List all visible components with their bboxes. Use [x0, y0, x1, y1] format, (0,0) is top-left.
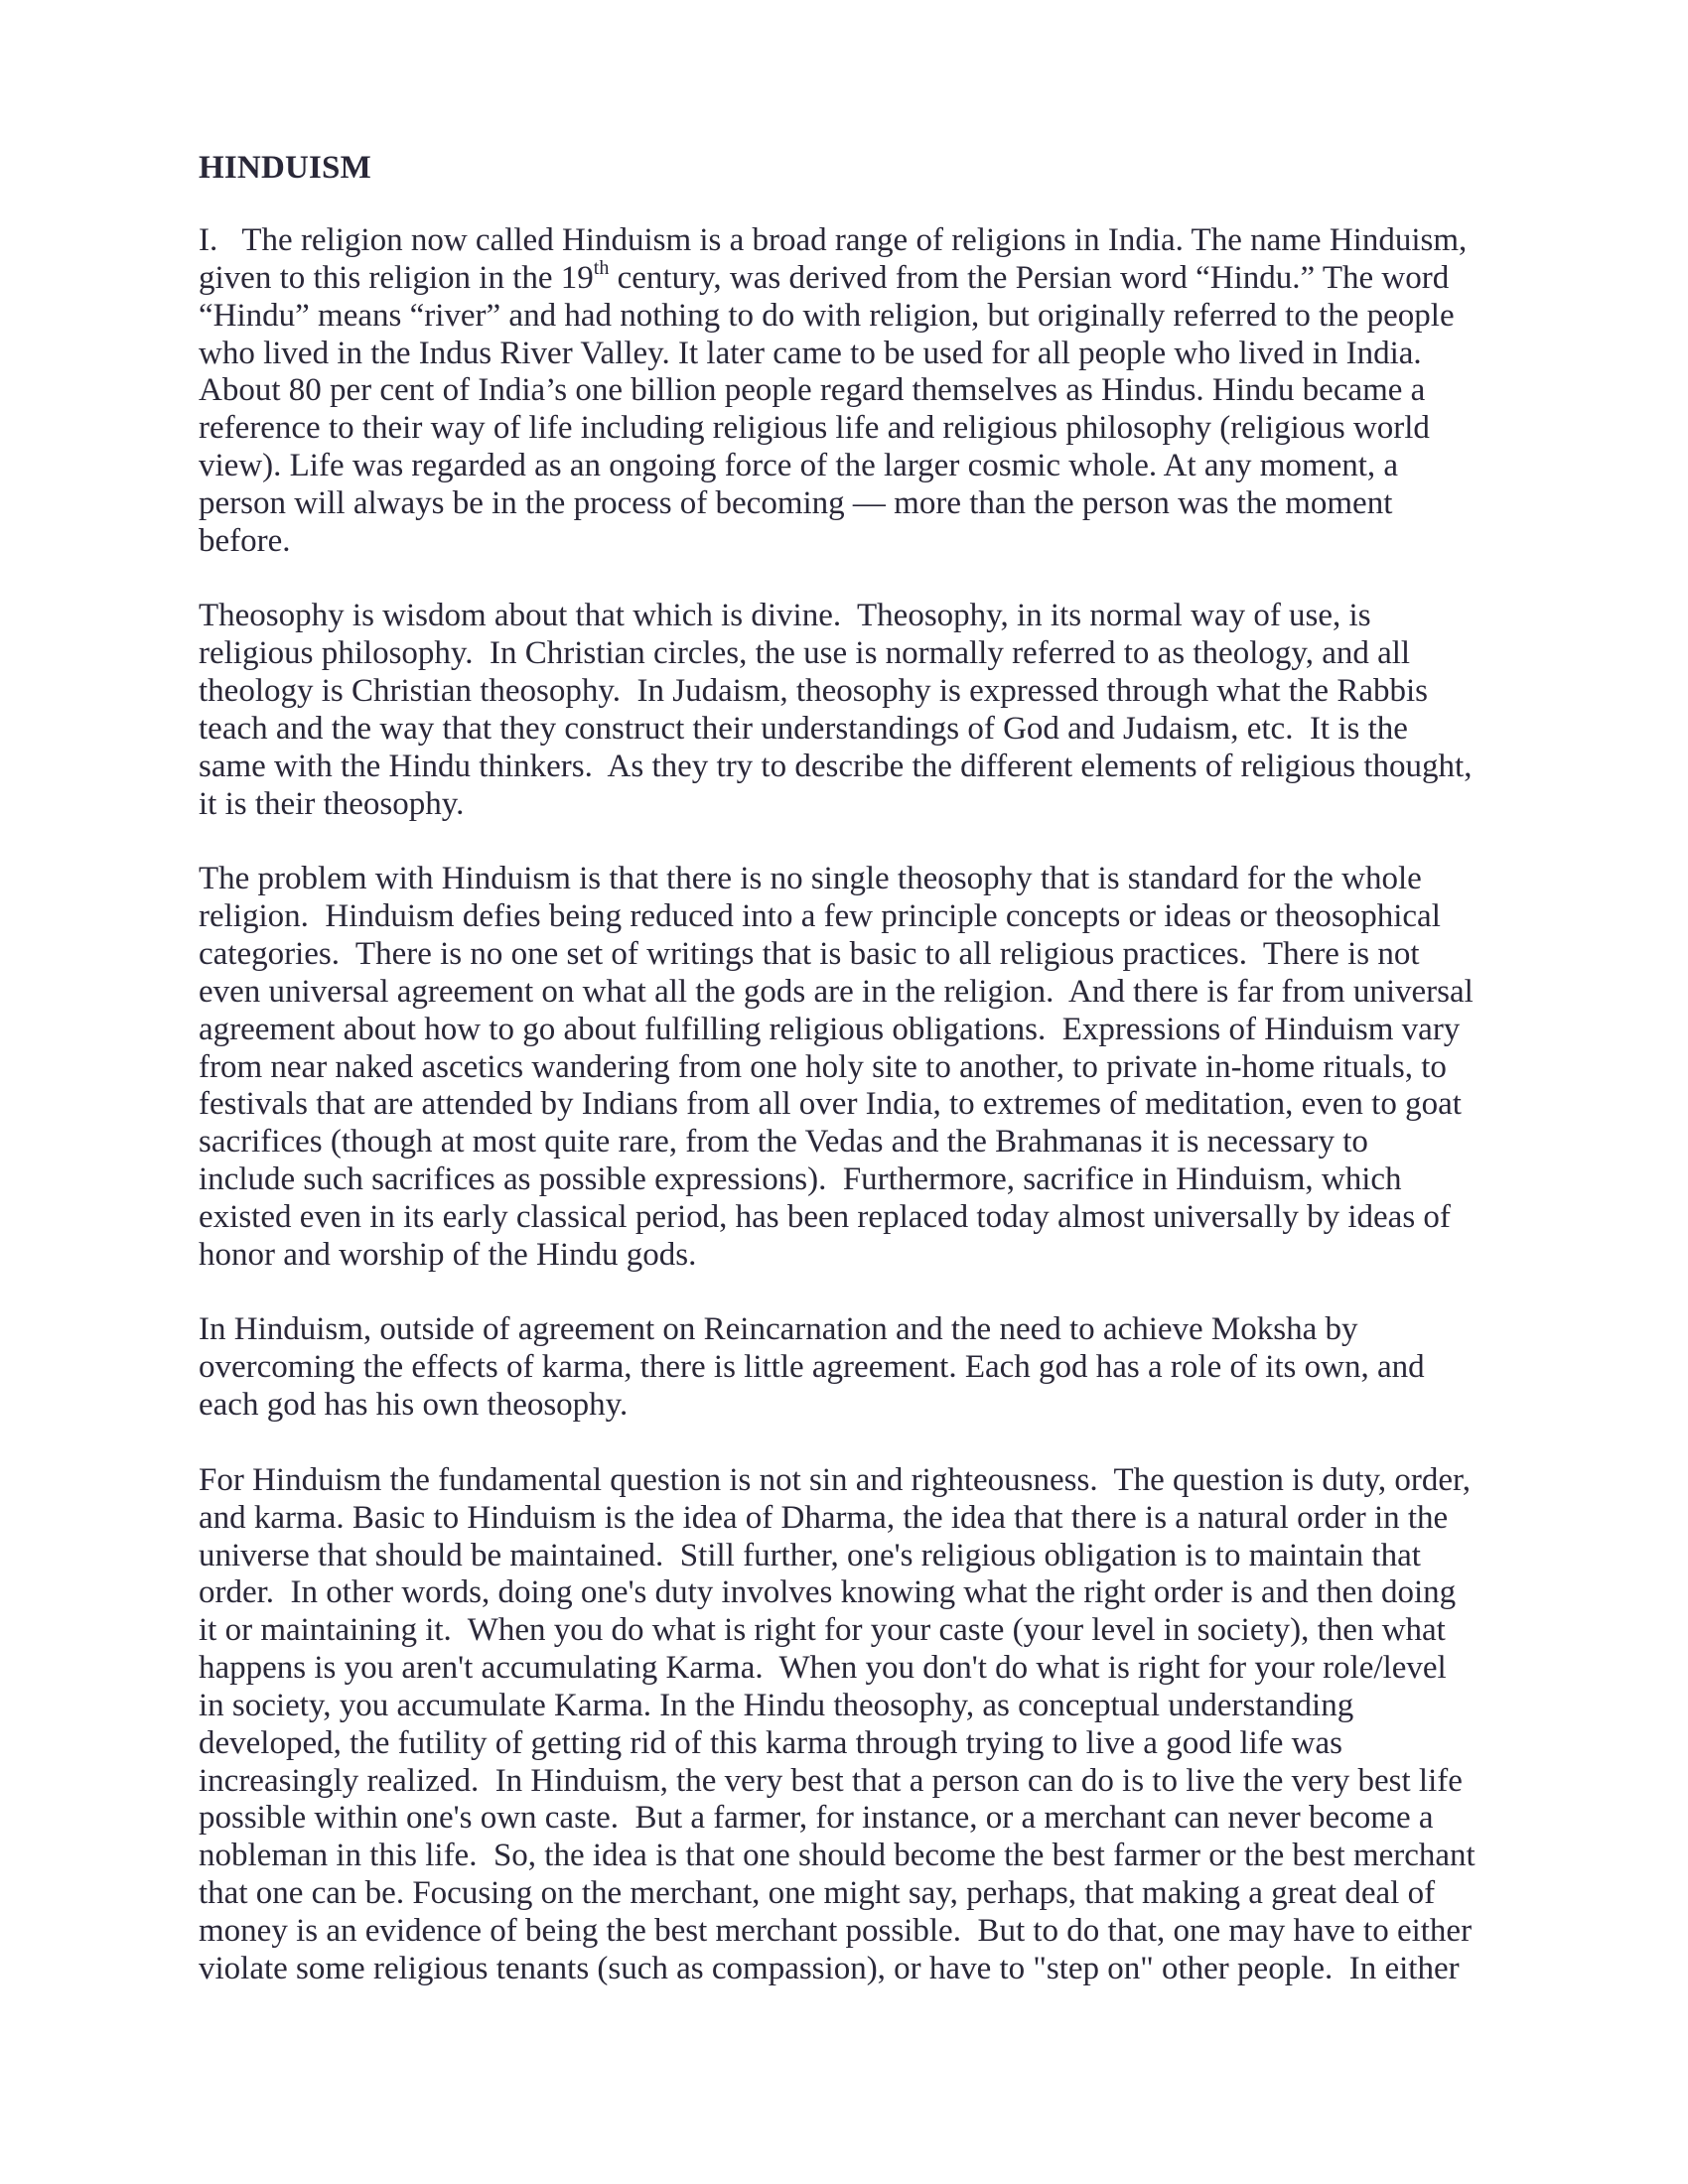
text-line: nobleman in this life. So, the idea is t… — [199, 1838, 1476, 1875]
text-line: universe that should be maintained. Stil… — [199, 1538, 1476, 1575]
text-line: and karma. Basic to Hinduism is the idea… — [199, 1500, 1476, 1538]
text-line: developed, the futility of getting rid o… — [199, 1725, 1476, 1763]
text-line: given to this religion in the 19th centu… — [199, 260, 1476, 298]
text-line: I. The religion now called Hinduism is a… — [199, 222, 1476, 260]
text-line: reference to their way of life including… — [199, 410, 1476, 448]
text-line: increasingly realized. In Hinduism, the … — [199, 1763, 1476, 1801]
text-line: view). Life was regarded as an ongoing f… — [199, 448, 1476, 485]
paragraph-intro: I. The religion now called Hinduism is a… — [199, 222, 1476, 561]
text-line: overcoming the effects of karma, there i… — [199, 1349, 1476, 1387]
text-line: each god has his own theosophy. — [199, 1387, 1476, 1425]
document-title: HINDUISM — [199, 149, 371, 187]
text-line: who lived in the Indus River Valley. It … — [199, 336, 1476, 373]
text-line: before. — [199, 523, 1476, 561]
text-line: from near naked ascetics wandering from … — [199, 1049, 1476, 1087]
text-line: festivals that are attended by Indians f… — [199, 1086, 1476, 1124]
text-line: In Hinduism, outside of agreement on Rei… — [199, 1311, 1476, 1349]
text-line: happens is you aren't accumulating Karma… — [199, 1650, 1476, 1688]
text-segment: given to this religion in the 19 — [199, 260, 594, 296]
text-line: it is their theosophy. — [199, 786, 1476, 824]
text-line: person will always be in the process of … — [199, 485, 1476, 523]
text-line: it or maintaining it. When you do what i… — [199, 1612, 1476, 1650]
text-line: religious philosophy. In Christian circl… — [199, 635, 1476, 673]
paragraph-theosophy: Theosophy is wisdom about that which is … — [199, 598, 1476, 823]
text-line: existed even in its early classical peri… — [199, 1199, 1476, 1237]
text-line: categories. There is no one set of writi… — [199, 936, 1476, 974]
text-line: violate some religious tenants (such as … — [199, 1951, 1476, 1988]
document-body: I. The religion now called Hinduism is a… — [199, 222, 1476, 2026]
text-line: “Hindu” means “river” and had nothing to… — [199, 298, 1476, 336]
text-line: even universal agreement on what all the… — [199, 974, 1476, 1012]
text-line: include such sacrifices as possible expr… — [199, 1161, 1476, 1199]
text-line: sacrifices (though at most quite rare, f… — [199, 1124, 1476, 1161]
text-line: possible within one's own caste. But a f… — [199, 1800, 1476, 1838]
superscript: th — [594, 257, 610, 279]
text-line: The problem with Hinduism is that there … — [199, 861, 1476, 898]
text-line: About 80 per cent of India’s one billion… — [199, 372, 1476, 410]
text-line: same with the Hindu thinkers. As they tr… — [199, 749, 1476, 786]
paragraph-problem: The problem with Hinduism is that there … — [199, 861, 1476, 1274]
paragraph-reincarnation: In Hinduism, outside of agreement on Rei… — [199, 1311, 1476, 1425]
text-line: religion. Hinduism defies being reduced … — [199, 898, 1476, 936]
text-line: money is an evidence of being the best m… — [199, 1913, 1476, 1951]
text-line: order. In other words, doing one's duty … — [199, 1574, 1476, 1612]
text-segment: century, was derived from the Persian wo… — [609, 260, 1449, 296]
text-line: in society, you accumulate Karma. In the… — [199, 1688, 1476, 1725]
text-line: that one can be. Focusing on the merchan… — [199, 1875, 1476, 1913]
text-line: agreement about how to go about fulfilli… — [199, 1012, 1476, 1049]
paragraph-dharma: For Hinduism the fundamental question is… — [199, 1462, 1476, 1988]
text-line: teach and the way that they construct th… — [199, 711, 1476, 749]
text-line: theology is Christian theosophy. In Juda… — [199, 673, 1476, 711]
text-line: For Hinduism the fundamental question is… — [199, 1462, 1476, 1500]
text-line: Theosophy is wisdom about that which is … — [199, 598, 1476, 635]
text-line: honor and worship of the Hindu gods. — [199, 1237, 1476, 1275]
